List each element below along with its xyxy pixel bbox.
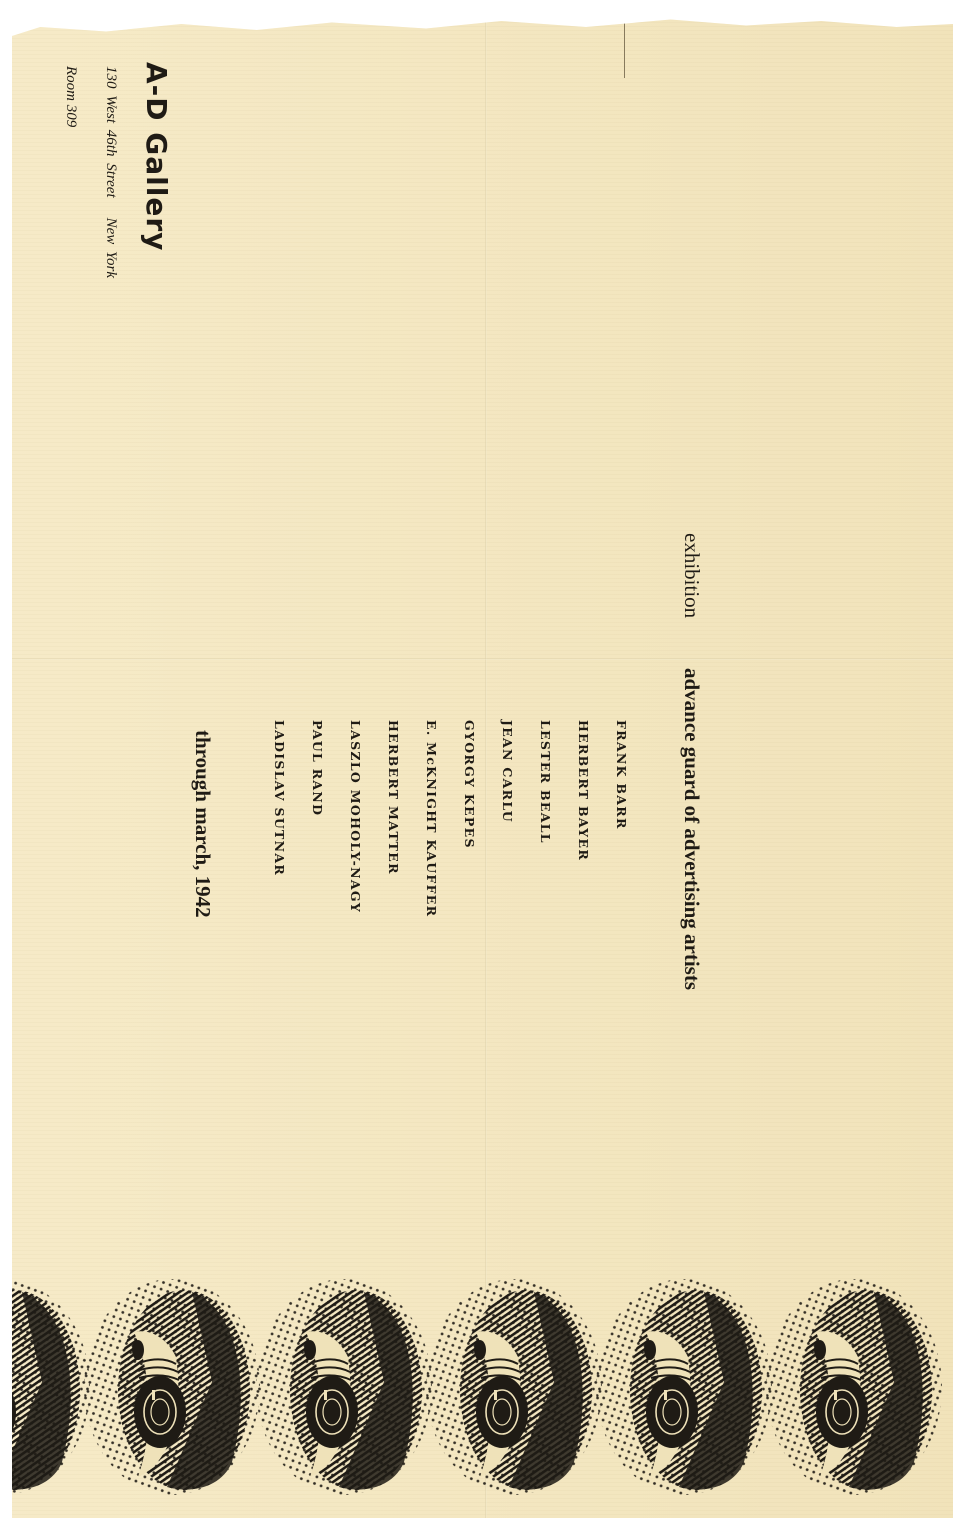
artist-list: FRANK BARR HERBERT BAYER LESTER BEALL JE… — [262, 720, 642, 960]
artist-name: LESTER BEALL — [538, 720, 553, 844]
gallery-room: Room 309 — [62, 66, 79, 127]
artist-name: HERBERT MATTER — [386, 720, 401, 875]
artist-name: FRANK BARR — [614, 720, 629, 830]
artist-name: E. McKNIGHT KAUFFER — [424, 720, 439, 917]
artist-name: JEAN CARLU — [500, 720, 515, 823]
gallery-address: 130 West 46th StreetNew York — [102, 66, 119, 278]
paper-tear-mark — [624, 18, 625, 78]
eye-motif-band — [12, 1262, 953, 1502]
exhibition-label: exhibition — [679, 533, 704, 618]
gallery-city: New York — [103, 218, 119, 278]
eye-icon — [72, 1262, 272, 1502]
gallery-name: A-D Gallery — [140, 62, 173, 251]
horizontal-fold-line — [12, 658, 953, 660]
artist-name: LASZLO MOHOLY-NAGY — [348, 720, 363, 913]
exhibition-dates: through march, 1942 — [190, 730, 215, 918]
exhibition-title: advance guard of advertising artists — [679, 668, 704, 990]
artist-name: PAUL RAND — [310, 720, 325, 816]
eye-icon — [754, 1262, 953, 1502]
gallery-street: 130 West 46th Street — [103, 66, 119, 198]
artist-name: GYORGY KEPES — [462, 720, 477, 849]
artist-name: HERBERT BAYER — [576, 720, 591, 861]
artist-name: LADISLAV SUTNAR — [272, 720, 287, 876]
